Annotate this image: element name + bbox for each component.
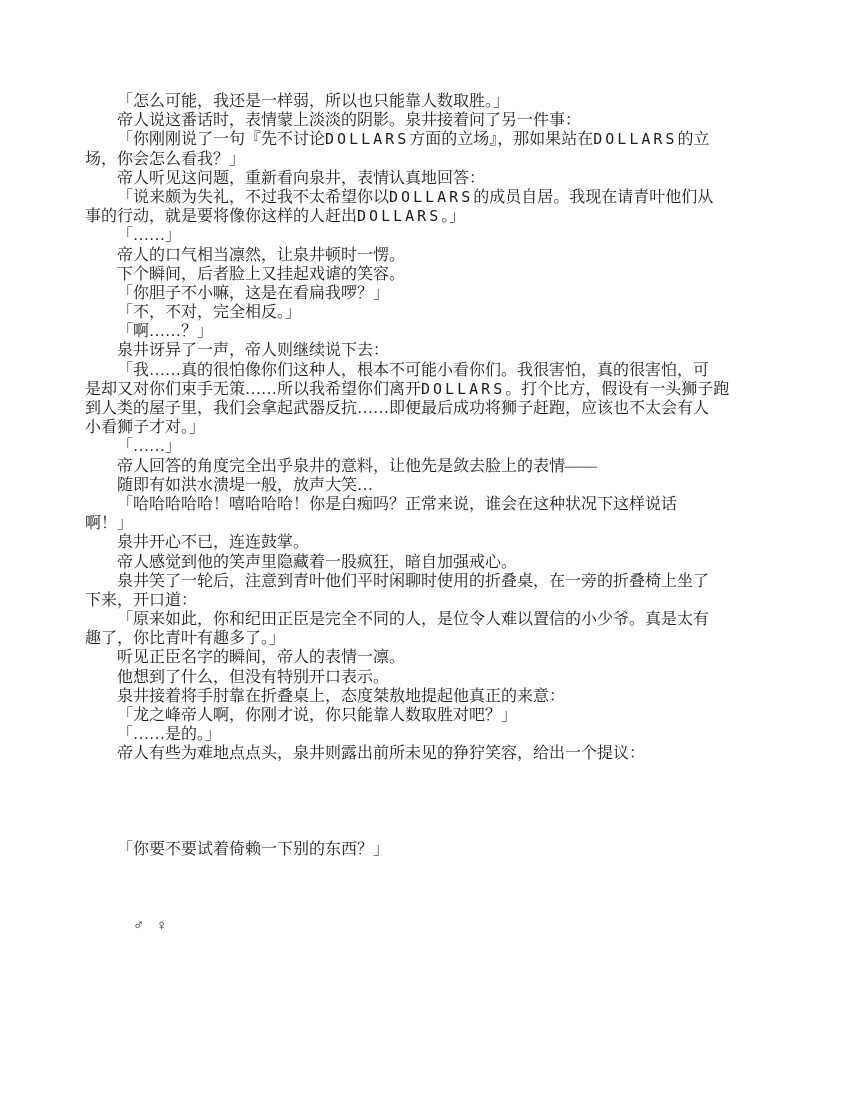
text-line: 帝人说这番话时，表情蒙上淡淡的阴影。泉井接着问了另一件事： [85,111,785,130]
text-line: 泉井接着将手肘靠在折叠桌上，态度桀敖地提起他真正的来意： [85,687,785,706]
text-line: 小看狮子才对。」 [85,418,785,437]
paragraph: 帝人感觉到他的笑声里隐藏着一股疯狂，暗自加强戒心。 [85,553,785,572]
paragraph: 「不，不对，完全相反。」 [85,303,785,322]
text-line: 他想到了什么，但没有特别开口表示。 [85,668,785,687]
text-line: 随即有如洪水溃堤一般，放声大笑… [85,476,785,495]
text-line: 泉井讶异了一声，帝人则继续说下去： [85,341,785,360]
paragraph: 下个瞬间，后者脸上又挂起戏谑的笑容。 [85,265,785,284]
text-line: 下来，开口道： [85,591,785,610]
paragraph: 「……是的。」 [85,725,785,744]
paragraph: 帝人有些为难地点点头，泉井则露出前所未见的狰狞笑容，给出一个提议： [85,744,785,763]
paragraph: 帝人说这番话时，表情蒙上淡淡的阴影。泉井接着问了另一件事： [85,111,785,130]
paragraph: 他想到了什么，但没有特别开口表示。 [85,668,785,687]
text-line: 事的行动，就是要将像你这样的人赶出DOLLARS。」 [85,207,785,226]
text-line: 场，你会怎么看我？」 [85,150,785,169]
text-line: 啊！」 [85,514,785,533]
paragraph: 「啊……？」 [85,322,785,341]
paragraph: 听见正臣名字的瞬间，帝人的表情一凛。 [85,648,785,667]
text-line: 「怎么可能，我还是一样弱，所以也只能靠人数取胜。」 [85,92,785,111]
paragraph: 泉井讶异了一声，帝人则继续说下去： [85,341,785,360]
text-line: 「……是的。」 [85,725,785,744]
text-line: 「啊……？」 [85,322,785,341]
text-line: 帝人听见这问题，重新看向泉井，表情认真地回答： [85,169,785,188]
text-line: 是却又对你们束手无策……所以我希望你们离开DOLLARS。打个比方，假设有一头狮… [85,380,785,399]
text-line: ♂ ♀ [85,917,785,936]
latin-term: DOLLARS [389,188,473,206]
latin-term: DOLLARS [421,380,505,398]
paragraph: 「怎么可能，我还是一样弱，所以也只能靠人数取胜。」 [85,92,785,111]
text-line: 「你胆子不小嘛，这是在看扁我啰？」 [85,284,785,303]
text-line: 泉井开心不已，连连鼓掌。 [85,533,785,552]
text-line: 「哈哈哈哈哈！嘻哈哈哈！你是白痴吗？正常来说，谁会在这种状况下这样说话 [85,495,785,514]
paragraph: 「你要不要试着倚赖一下别的东西？」 [85,840,785,859]
paragraph: 帝人听见这问题，重新看向泉井，表情认真地回答： [85,169,785,188]
text-line: 帝人感觉到他的笑声里隐藏着一股疯狂，暗自加强戒心。 [85,553,785,572]
text-line: 帝人的口气相当凛然，让泉井顿时一愣。 [85,246,785,265]
text-line: 到人类的屋子里，我们会拿起武器反抗……即便最后成功将狮子赶跑，应该也不太会有人 [85,399,785,418]
latin-term: DOLLARS [357,207,441,225]
text-line: 「……」 [85,226,785,245]
text-line: 「……」 [85,437,785,456]
paragraph: 泉井开心不已，连连鼓掌。 [85,533,785,552]
text-line: 趣了，你比青叶有趣多了。」 [85,629,785,648]
text-line: 帝人有些为难地点点头，泉井则露出前所未见的狰狞笑容，给出一个提议： [85,744,785,763]
text-line: 「不，不对，完全相反。」 [85,303,785,322]
latin-term: DOLLARS [593,130,677,148]
text-line: 「你要不要试着倚赖一下别的东西？」 [85,840,785,859]
paragraph: 「……」 [85,226,785,245]
text-line: 下个瞬间，后者脸上又挂起戏谑的笑容。 [85,265,785,284]
paragraph: 「原来如此，你和纪田正臣是完全不同的人，是位令人难以置信的小少爷。真是太有趣了，… [85,610,785,648]
paragraph: 随即有如洪水溃堤一般，放声大笑… [85,476,785,495]
document-page: 「怎么可能，我还是一样弱，所以也只能靠人数取胜。」帝人说这番话时，表情蒙上淡淡的… [0,0,850,1100]
paragraph: 帝人的口气相当凛然，让泉井顿时一愣。 [85,246,785,265]
paragraph: 「你胆子不小嘛，这是在看扁我啰？」 [85,284,785,303]
section-divider: ♂ ♀ [85,917,785,936]
text-line: 泉井笑了一轮后，注意到青叶他们平时闲聊时使用的折叠桌，在一旁的折叠椅上坐了 [85,572,785,591]
text-line: 「原来如此，你和纪田正臣是完全不同的人，是位令人难以置信的小少爷。真是太有 [85,610,785,629]
text-line: 「你刚刚说了一句『先不讨论DOLLARS方面的立场』，那如果站在DOLLARS的… [85,130,785,149]
paragraph: 「你刚刚说了一句『先不讨论DOLLARS方面的立场』，那如果站在DOLLARS的… [85,130,785,168]
text-line: 「说来颇为失礼，不过我不太希望你以DOLLARS的成员自居。我现在请青叶他们从 [85,188,785,207]
paragraph: 「……」 [85,437,785,456]
latin-term: DOLLARS [325,130,409,148]
text-line: 听见正臣名字的瞬间，帝人的表情一凛。 [85,648,785,667]
novel-text-block: 「怎么可能，我还是一样弱，所以也只能靠人数取胜。」帝人说这番话时，表情蒙上淡淡的… [85,92,785,936]
paragraph: 「我……真的很怕像你们这种人，根本不可能小看你们。我很害怕，真的很害怕，可是却又… [85,361,785,438]
paragraph: 泉井接着将手肘靠在折叠桌上，态度桀敖地提起他真正的来意： [85,687,785,706]
text-line: 帝人回答的角度完全出乎泉井的意料，让他先是敛去脸上的表情—— [85,457,785,476]
paragraph: 泉井笑了一轮后，注意到青叶他们平时闲聊时使用的折叠桌，在一旁的折叠椅上坐了下来，… [85,572,785,610]
text-line: 「我……真的很怕像你们这种人，根本不可能小看你们。我很害怕，真的很害怕，可 [85,361,785,380]
paragraph: 「龙之峰帝人啊，你刚才说，你只能靠人数取胜对吧？」 [85,706,785,725]
text-line: 「龙之峰帝人啊，你刚才说，你只能靠人数取胜对吧？」 [85,706,785,725]
paragraph: 「说来颇为失礼，不过我不太希望你以DOLLARS的成员自居。我现在请青叶他们从事… [85,188,785,226]
paragraph: 「哈哈哈哈哈！嘻哈哈哈！你是白痴吗？正常来说，谁会在这种状况下这样说话啊！」 [85,495,785,533]
paragraph: 帝人回答的角度完全出乎泉井的意料，让他先是敛去脸上的表情—— [85,457,785,476]
